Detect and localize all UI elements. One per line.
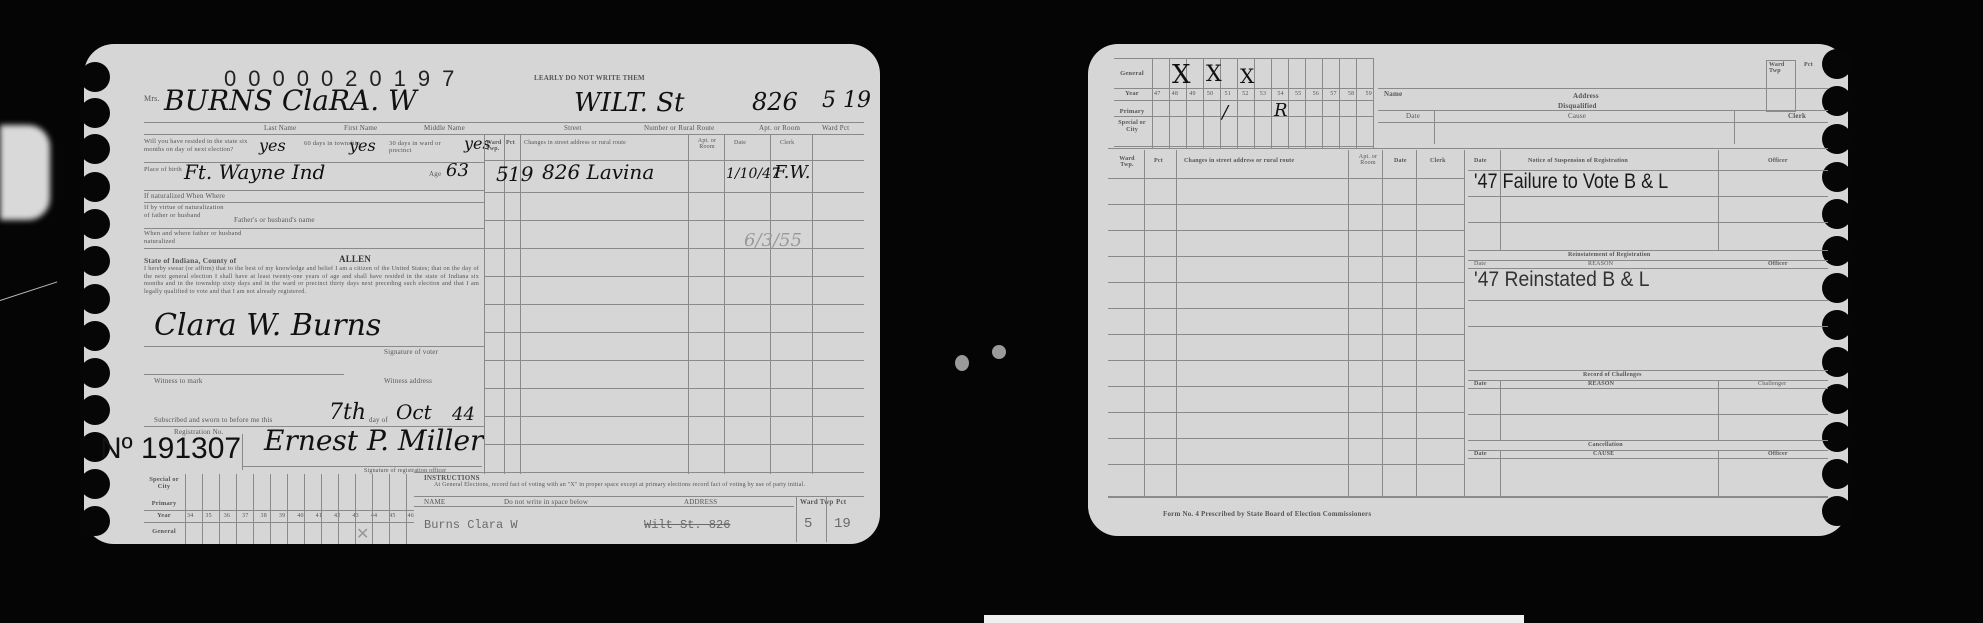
oath-county: ALLEN xyxy=(339,254,371,264)
naturalized-when-where-label: When and where father or husband natural… xyxy=(144,230,254,246)
changes-ward-header: Ward Twp. xyxy=(1112,156,1142,168)
disqualified-label: Disqualified xyxy=(1558,102,1597,110)
grid-row-label: Year xyxy=(144,512,184,519)
changes-pct-header: Pct xyxy=(1154,158,1163,164)
changes-address-header: Changes in street address or rural route xyxy=(1184,158,1294,164)
address-label: Address xyxy=(1573,92,1599,100)
township-days-answer: yes xyxy=(349,136,376,155)
punch-hole xyxy=(80,98,110,128)
punch-hole xyxy=(1822,49,1852,79)
punch-hole xyxy=(1822,86,1852,116)
footer-typed-address: Wilt St. 826 xyxy=(644,518,730,532)
year-cell: 58 xyxy=(1348,91,1354,97)
year-cell: 56 xyxy=(1313,91,1319,97)
year-cell: 51 xyxy=(1225,91,1231,97)
primary-mark-initial: R xyxy=(1274,100,1288,121)
precinct-days-label: 30 days in ward or precinct xyxy=(389,140,459,154)
year-cell: 46 xyxy=(408,513,414,519)
punch-hole xyxy=(80,246,110,276)
grid-row-label: General xyxy=(144,528,184,535)
cancellation-title: Cancellation xyxy=(1588,442,1623,448)
house-number: 826 xyxy=(752,88,798,116)
year-cell: 59 xyxy=(1366,91,1372,97)
year-cell: 45 xyxy=(389,513,395,519)
suspension-date-label: Date xyxy=(1474,158,1487,164)
footer-typed-ward: 5 xyxy=(804,516,812,532)
change-ward: 5 xyxy=(496,162,509,186)
apt-label: Apt. or Room xyxy=(759,124,800,132)
grid-years: 34 35 36 37 38 39 40 41 42 43 44 45 46 xyxy=(187,513,414,519)
ward-precinct: 5 19 xyxy=(822,88,871,113)
change-clerk: F.W. xyxy=(774,162,810,183)
place-of-birth-label: Place of birth xyxy=(144,166,184,173)
changes-apt-header: Apt. or Room xyxy=(1354,154,1382,166)
film-edge xyxy=(984,615,1524,623)
changes-apt-header: Apt. or Room xyxy=(692,138,722,150)
punch-hole xyxy=(80,358,110,388)
punch-hole xyxy=(1822,422,1852,452)
punch-hole xyxy=(1822,496,1852,526)
year-cell: 35 xyxy=(205,513,211,519)
year-cell: 39 xyxy=(279,513,285,519)
punch-hole xyxy=(80,172,110,202)
voter-name: BURNS ClaRA. W xyxy=(164,84,417,117)
ward-pct-label: Ward Pct xyxy=(822,124,849,132)
age-value: 63 xyxy=(446,160,469,181)
grid-row-label: Year xyxy=(1114,90,1150,97)
vote-mark-x: ✕ xyxy=(356,524,369,544)
vote-history-grid: Special or City Primary Year General 34 … xyxy=(144,474,414,544)
vote-mark-x: X xyxy=(1206,62,1222,87)
year-cell: 34 xyxy=(187,513,193,519)
year-cell: 47 xyxy=(1154,91,1160,97)
punch-hole xyxy=(1822,162,1852,192)
first-name-label: First Name xyxy=(344,124,377,132)
footer-pct-label: Pct xyxy=(836,498,846,506)
footer-note: Do not write in space below xyxy=(504,498,588,506)
punch-hole xyxy=(1822,124,1852,154)
residency-answer: yes xyxy=(259,136,286,155)
vote-mark-x: X xyxy=(1240,64,1254,88)
punch-hole xyxy=(80,469,110,499)
punch-hole xyxy=(1822,199,1852,229)
number-label: Number or Rural Route xyxy=(644,124,715,132)
form-footer: Form No. 4 Prescribed by State Board of … xyxy=(1163,510,1371,518)
year-cell: 40 xyxy=(297,513,303,519)
oath-county-prefix: State of Indiana, County of xyxy=(144,256,236,265)
change-pct: 19 xyxy=(508,162,533,186)
subscribed-year: 44 xyxy=(452,404,475,425)
reinstatement-date-label: Date xyxy=(1474,261,1486,267)
challenges-title: Record of Challenges xyxy=(1583,372,1642,378)
voter-registration-card-back: General Year Primary Special or City 47 … xyxy=(1088,44,1848,536)
punch-hole xyxy=(1822,347,1852,377)
punch-hole xyxy=(1822,459,1852,489)
age-label: Age xyxy=(429,170,441,178)
reinstatement-entry: '47 Reinstated B & L xyxy=(1474,268,1650,292)
punch-hole xyxy=(80,284,110,314)
film-speck xyxy=(955,355,969,371)
film-speck xyxy=(992,345,1006,359)
year-cell: 50 xyxy=(1207,91,1213,97)
punch-hole xyxy=(80,395,110,425)
grid-row-label: Primary xyxy=(1114,108,1150,115)
changes-address-header: Changes in street address or rural route xyxy=(524,140,626,146)
subscribed-label: Subscribed and sworn to before me this xyxy=(154,416,272,424)
footer-typed-pct: 19 xyxy=(834,516,851,532)
father-husband-name-label: Father's or husband's name xyxy=(234,216,315,224)
reinstatement-reason-label: REASON xyxy=(1588,261,1613,267)
ward-twp-label: Ward Twp xyxy=(1769,62,1793,74)
witness-label: Witness to mark xyxy=(154,377,203,385)
instructions-title: INSTRUCTIONS xyxy=(424,474,480,482)
footer-name-label: NAME xyxy=(424,498,445,506)
street-name: WILT. St xyxy=(574,88,684,118)
primary-mark: / xyxy=(1222,102,1228,123)
changes-pct-header: Pct xyxy=(506,140,515,146)
cancellation-officer-label: Officer xyxy=(1768,451,1788,457)
witness-address-label: Witness address xyxy=(384,377,432,385)
middle-name-label: Middle Name xyxy=(424,124,465,132)
changes-clerk-header: Clerk xyxy=(780,140,794,146)
last-name-label: Last Name xyxy=(264,124,296,132)
cause-label: Cause xyxy=(1568,112,1586,120)
date-label: Date xyxy=(1406,112,1420,120)
cancellation-cause-label: CAUSE xyxy=(1593,451,1614,457)
reinstatement-officer-label: Officer xyxy=(1768,261,1788,267)
challenges-reason-label: REASON xyxy=(1588,381,1614,387)
voter-signature: Clara W. Burns xyxy=(154,308,381,343)
voter-signature-label: Signature of voter xyxy=(384,348,438,356)
punch-hole xyxy=(1822,310,1852,340)
changes-clerk-header: Clerk xyxy=(1430,158,1446,164)
cancellation-date-label: Date xyxy=(1474,451,1487,457)
reinstatement-title: Reinstatement of Registration xyxy=(1568,252,1650,258)
punch-hole xyxy=(80,62,110,92)
grid-row-label: Special or City xyxy=(144,476,184,490)
change-date: 1/10/47 xyxy=(726,166,780,182)
suspension-title: Notice of Suspension of Registration xyxy=(1528,158,1628,164)
grid-row-label: General xyxy=(1114,70,1150,77)
subscribed-day-label: day of xyxy=(369,416,388,424)
punch-hole xyxy=(80,209,110,239)
year-cell: 49 xyxy=(1189,91,1195,97)
year-cell: 38 xyxy=(261,513,267,519)
changes-date-header: Date xyxy=(734,140,746,146)
challenges-challenger-label: Challenger xyxy=(1758,381,1786,387)
name-label: Name xyxy=(1384,90,1402,98)
footer-address-label: ADDRESS xyxy=(684,498,717,506)
year-cell: 53 xyxy=(1260,91,1266,97)
place-of-birth: Ft. Wayne Ind xyxy=(184,160,325,184)
film-scratch xyxy=(0,281,57,300)
voter-registration-card-front: 0000020197 LEARLY DO NOT WRITE THEM Mrs.… xyxy=(84,44,880,544)
subscribed-day: 7th xyxy=(329,400,366,425)
film-artifact-blob xyxy=(0,125,50,220)
header-instruction: LEARLY DO NOT WRITE THEM xyxy=(534,74,645,82)
change-address: 826 Lavina xyxy=(542,160,654,184)
subscribed-month: Oct xyxy=(396,400,432,424)
challenges-date-label: Date xyxy=(1474,381,1487,387)
year-cell: 54 xyxy=(1277,91,1283,97)
changes-ward-header: Ward Twp. xyxy=(486,140,504,152)
punch-hole xyxy=(1822,236,1852,266)
instructions-text: At General Elections, record fact of vot… xyxy=(434,482,854,489)
year-cell: 36 xyxy=(224,513,230,519)
oath-text: I hereby swear (or affirm) that to the b… xyxy=(144,265,479,295)
punch-hole xyxy=(1822,273,1852,303)
clerk-label: Clerk xyxy=(1788,112,1806,120)
vote-history-grid: General Year Primary Special or City 47 … xyxy=(1114,58,1374,148)
changes-date-header: Date xyxy=(1394,158,1407,164)
grid-row-label: Primary xyxy=(144,500,184,507)
suspension-entry: '47 Failure to Vote B & L xyxy=(1474,170,1668,194)
year-cell: 57 xyxy=(1330,91,1336,97)
year-cell: 48 xyxy=(1172,91,1178,97)
street-label: Street xyxy=(564,124,582,132)
year-cell: 55 xyxy=(1295,91,1301,97)
punch-hole xyxy=(80,134,110,164)
residency-question: Will you have resided in the state six m… xyxy=(144,138,254,154)
punch-hole xyxy=(80,321,110,351)
registration-number: Nº 191307 xyxy=(100,432,241,466)
naturalized-label: If naturalized When Where xyxy=(144,192,225,200)
vote-mark-x: X xyxy=(1172,60,1191,90)
officer-signature: Ernest P. Miller xyxy=(264,424,483,457)
footer-ward-label: Ward Twp xyxy=(800,498,833,506)
pct-label: Pct xyxy=(1804,62,1813,68)
suspension-officer-label: Officer xyxy=(1768,158,1788,164)
year-cell: 37 xyxy=(242,513,248,519)
year-cell: 52 xyxy=(1242,91,1248,97)
father-husband-label: If by virtue of naturalization of father… xyxy=(144,204,229,220)
grid-row-label: Special or City xyxy=(1114,120,1150,134)
punch-hole xyxy=(80,506,110,536)
footer-typed-name: Burns Clara W xyxy=(424,518,518,532)
title-prefix: Mrs. xyxy=(144,94,160,103)
